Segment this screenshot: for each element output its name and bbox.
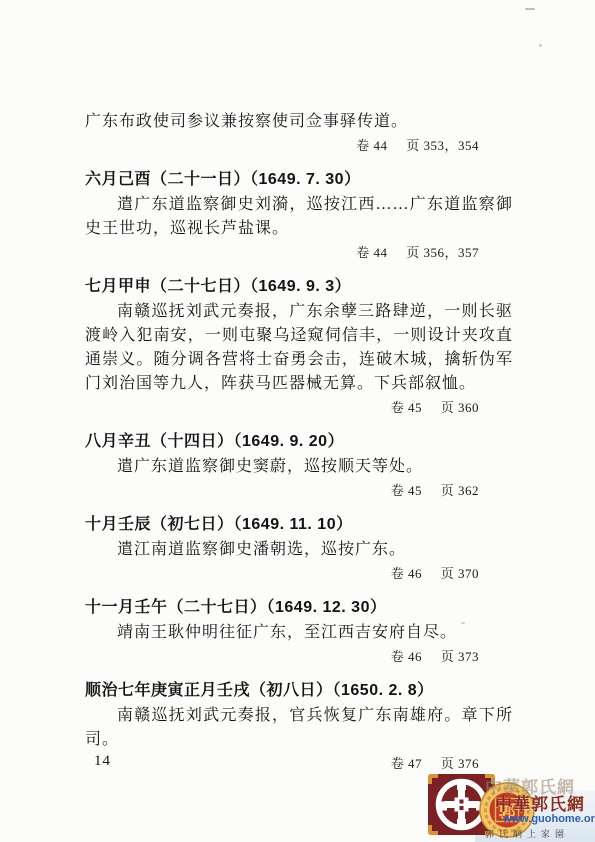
volume-ref: 卷 45	[391, 400, 422, 415]
entry-body-text: 遣江南道监察御史潘朝选，巡按广东。	[85, 538, 513, 562]
scanned-document-page: 广东布政使司参议兼按察使司佥事驿传道。 卷 44 页 353，354 六月己酉（…	[0, 0, 595, 842]
entry-date-heading: 十月壬辰（初七日）（1649. 11. 10）	[85, 515, 513, 535]
reference-line: 卷 44 页 356，357	[85, 245, 513, 261]
record-entry: 八月辛丑（十四日）（1649. 9. 20） 遣广东道监察御史窦蔚，巡按顺天等处…	[85, 432, 513, 499]
entry-body-text: 靖南王耿仲明往征广东，至江西吉安府自尽。	[85, 621, 513, 645]
page-content: 广东布政使司参议兼按察使司佥事驿传道。 卷 44 页 353，354 六月己酉（…	[85, 110, 513, 772]
watermark-url-text: www.guohome.org	[503, 813, 595, 825]
intro-continuation-line: 广东布政使司参议兼按察使司佥事驿传道。	[85, 110, 513, 134]
page-ref: 页 376	[441, 756, 479, 771]
page-ref: 页 370	[441, 566, 479, 581]
volume-ref: 卷 46	[391, 566, 422, 581]
record-entry: 十月壬辰（初七日）（1649. 11. 10） 遣江南道监察御史潘朝选，巡按广东…	[85, 515, 513, 582]
reference-line: 卷 45 页 360	[85, 400, 513, 416]
entry-date-heading: 六月己酉（二十一日）（1649. 7. 30）	[85, 170, 513, 190]
entry-date-heading: 十一月壬午（二十七日）（1649. 12. 30）	[85, 598, 513, 618]
volume-ref: 卷 44	[356, 138, 387, 153]
volume-ref: 卷 47	[391, 756, 422, 771]
page-ref: 页 362	[441, 483, 479, 498]
record-entry: 七月甲申（二十七日）（1649. 9. 3） 南赣巡抚刘武元奏报，广东余孽三路肆…	[85, 277, 513, 416]
reference-line: 卷 46 页 370	[85, 566, 513, 582]
record-entry: 六月己酉（二十一日）（1649. 7. 30） 遣广东道监察御史刘漪，巡按江西……	[85, 170, 513, 261]
page-ref: 页 360	[441, 400, 479, 415]
reference-line: 卷 46 页 373	[85, 649, 513, 665]
entry-date-heading: 顺治七年庚寅正月壬戌（初八日）（1650. 2. 8）	[85, 681, 513, 701]
page-ref: 页 373	[441, 649, 479, 664]
reference-line: 卷 44 页 353，354	[85, 138, 513, 154]
scan-speck	[461, 622, 465, 624]
record-entry: 顺治七年庚寅正月壬戌（初八日）（1650. 2. 8） 南赣巡抚刘武元奏报，官兵…	[85, 681, 513, 772]
watermark-title-text: 中華郭氏網	[495, 790, 595, 815]
scan-speck	[539, 44, 542, 47]
page-ref: 页 356，357	[406, 245, 479, 260]
guohome-watermark-logo: 郭 中華郭氏網 中華郭氏網 www.guohome.org 郭氏網上家園	[423, 770, 595, 842]
entry-date-heading: 八月辛丑（十四日）（1649. 9. 20）	[85, 432, 513, 452]
watermark-tagline-text: 郭氏網上家園	[485, 827, 569, 840]
record-entry: 十一月壬午（二十七日）（1649. 12. 30） 靖南王耿仲明往征广东，至江西…	[85, 598, 513, 665]
volume-ref: 卷 45	[391, 483, 422, 498]
entries-list: 六月己酉（二十一日）（1649. 7. 30） 遣广东道监察御史刘漪，巡按江西……	[85, 170, 513, 772]
reference-line: 卷 45 页 362	[85, 483, 513, 499]
entry-date-heading: 七月甲申（二十七日）（1649. 9. 3）	[85, 277, 513, 297]
entry-body-text: 南赣巡抚刘武元奏报，官兵恢复广东南雄府。章下所司。	[85, 704, 513, 752]
volume-ref: 卷 44	[356, 245, 387, 260]
scan-speck	[525, 8, 535, 10]
entry-body-text: 遣广东道监察御史窦蔚，巡按顺天等处。	[85, 455, 513, 479]
entry-body-text: 南赣巡抚刘武元奏报，广东余孽三路肆逆，一则长驱渡岭入犯南安，一则屯聚乌迳窥伺信丰…	[85, 300, 513, 396]
page-ref: 页 353，354	[406, 138, 479, 153]
page-number: 14	[94, 753, 111, 770]
entry-body-text: 遣广东道监察御史刘漪，巡按江西……广东道监察御史王世功，巡视长芦盐课。	[85, 193, 513, 241]
volume-ref: 卷 46	[391, 649, 422, 664]
